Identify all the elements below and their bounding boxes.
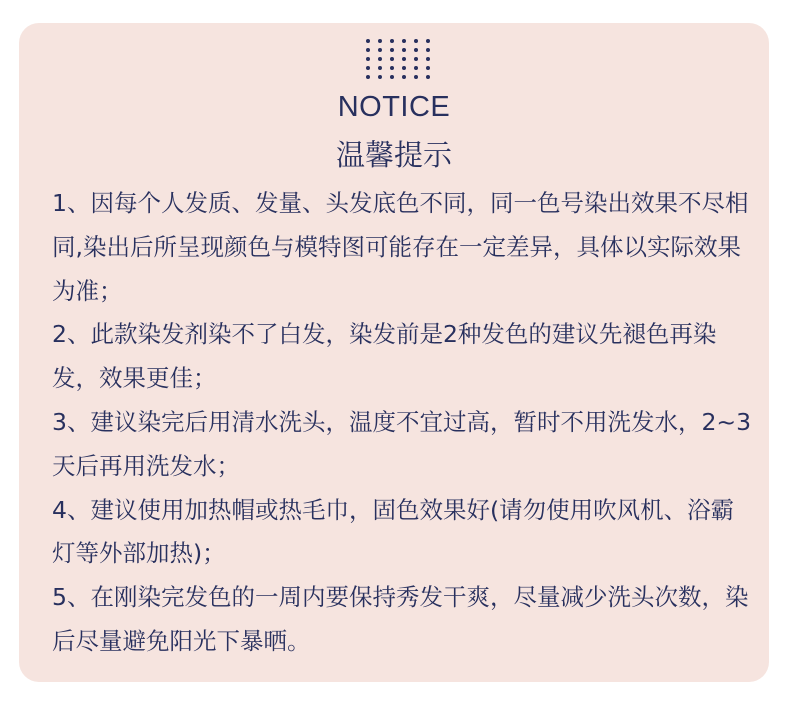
dot-grid-icon [366, 39, 430, 79]
notice-item-1: 1、因每个人发质、发量、头发底色不同，同一色号染出效果不尽相同,染出后所呈现颜色… [52, 182, 752, 313]
notice-item-2: 2、此款染发剂染不了白发，染发前是2种发色的建议先褪色再染发，效果更佳； [52, 313, 752, 401]
notice-item-5: 5、在刚染完发色的一周内要保持秀发干爽，尽量减少洗头次数，染后尽量避免阳光下暴晒… [52, 576, 752, 664]
notice-item-4: 4、建议使用加热帽或热毛巾，固色效果好(请勿使用吹风机、浴霸灯等外部加热)； [52, 489, 752, 577]
notice-item-3: 3、建议染完后用清水洗头，温度不宜过高，暂时不用洗发水，2~3天后再用洗发水； [52, 401, 752, 489]
notice-title-en: NOTICE [19, 91, 769, 124]
notice-list: 1、因每个人发质、发量、头发底色不同，同一色号染出效果不尽相同,染出后所呈现颜色… [52, 182, 752, 664]
notice-card: NOTICE 温馨提示 1、因每个人发质、发量、头发底色不同，同一色号染出效果不… [19, 23, 769, 682]
notice-title-cn: 温馨提示 [19, 133, 769, 174]
